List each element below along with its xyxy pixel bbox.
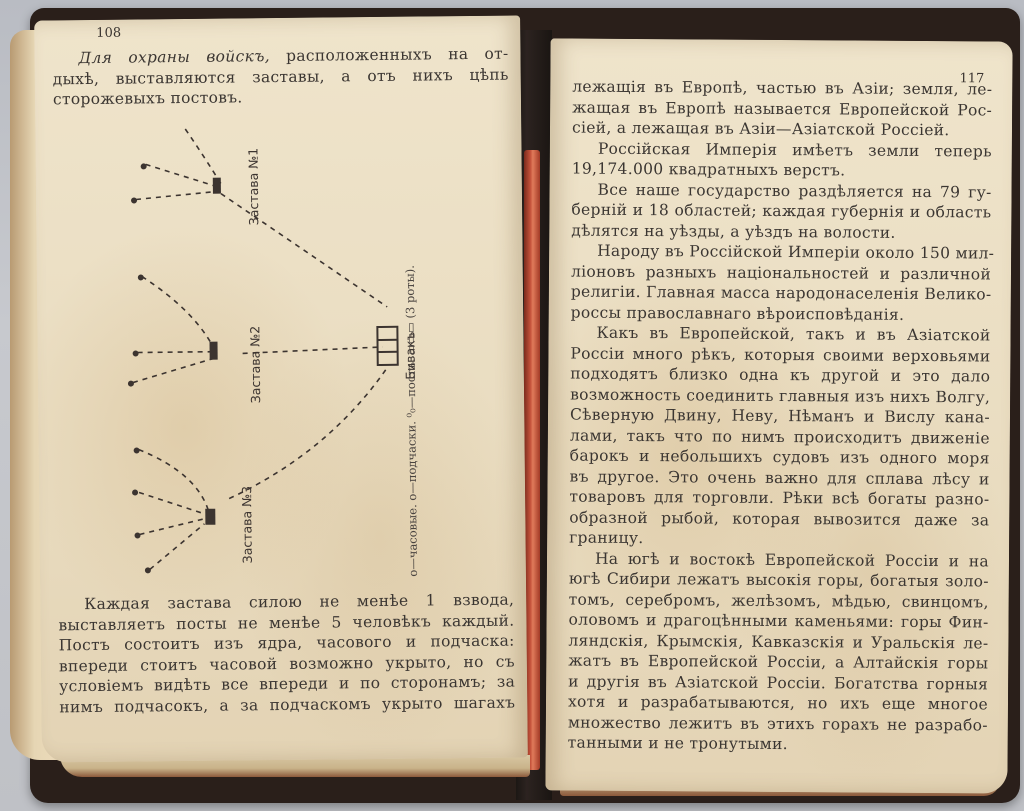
text-line: Все наше государство раздѣляется на 79 г… xyxy=(572,179,992,202)
text-line: Россіи много рѣкъ, которыя своими верхов… xyxy=(570,343,990,366)
diagram-legend: o—часовые. o—подчаски. ⁰₀—постъ. ▭▭▭ (3 … xyxy=(402,196,428,576)
text-line: танными и не тронутыми. xyxy=(568,733,988,756)
text-line: дѣлятся на уѣзды, а уѣздъ на волости. xyxy=(571,220,991,243)
right-page-text: лежащія въ Европѣ, частью въ Азіи; земля… xyxy=(568,77,993,756)
text-line: жащая въ Европѣ называется Европейской Р… xyxy=(572,97,992,120)
text-line: границу. xyxy=(569,528,989,551)
text-line: барокъ и небольшихъ судовъ изъ одного мо… xyxy=(570,446,990,469)
text-line: ліоновъ разныхъ національностей и различ… xyxy=(571,261,991,284)
text-line: берній и 18 областей; каждая губернія и … xyxy=(571,200,991,223)
text-line: ляндскія, Крымскія, Кавказскія и Уральск… xyxy=(568,630,988,653)
text-line: россы православнаго вѣроисповѣданія. xyxy=(571,302,991,325)
text-line: религіи. Главная масса народонаселенія В… xyxy=(571,282,991,305)
text-line: оловомъ и драгоцѣнными каменьями: горы Ф… xyxy=(569,610,989,633)
text-line: Народу въ Россійской Имперіи около 150 м… xyxy=(571,241,991,264)
text-line: множество лежитъ въ этихъ горахъ не разр… xyxy=(568,712,988,735)
text-line: жатъ въ Европейской Россіи, а Алтайскія … xyxy=(568,651,988,674)
text-line: и другія въ Азіатской Россіи. Богатства … xyxy=(568,671,988,694)
italic-lead: Для охраны войскъ, xyxy=(78,47,270,67)
right-page: 117 лежащія въ Европѣ, частью въ Азіи; з… xyxy=(545,38,1012,793)
text-line: лежащія въ Европѣ, частью въ Азіи; земля… xyxy=(572,77,992,100)
label-zastava-2: Застава №2 xyxy=(247,326,263,404)
text-line: сторожевыхъ постовъ. xyxy=(53,85,509,110)
text-line: возможность соединить главныя изъ нихъ В… xyxy=(570,384,990,407)
text-line: югѣ Сибири лежатъ высокія горы, богатыя … xyxy=(569,569,989,592)
body-paragraph: Каждая застава силою не менѣе 1 взвода, … xyxy=(58,590,515,718)
text-line: въ другое. Это очень важно для сплава лѣ… xyxy=(570,466,990,489)
page-number: 108 xyxy=(96,26,121,41)
text-line: нимъ подчасокъ, а за подчаскомъ укрыто ш… xyxy=(59,692,515,717)
intro-paragraph: Для охраны войскъ, расположенныхъ на от-… xyxy=(52,44,509,110)
text-line: Сѣверную Двину, Неву, Нѣманъ и Вислу кан… xyxy=(570,405,990,428)
label-zastava-3: Застава №3 xyxy=(239,486,255,564)
text-line: Россійская Имперія имѣетъ земли теперь xyxy=(572,138,992,161)
text-line: Какъ въ Европейской, такъ и въ Азіатской xyxy=(571,323,991,346)
text-line: подходятъ близко одна къ другой и это да… xyxy=(570,364,990,387)
text-line: товаровъ для торговли. Рѣки всѣ богаты р… xyxy=(569,487,989,510)
outpost-diagram: Застава №1 Застава №2 Застава №3 Бивакъ xyxy=(95,111,450,585)
left-page: 108 Для охраны войскъ, расположенныхъ на… xyxy=(34,15,528,762)
text-line: На югѣ и востокѣ Европейской Россіи и на xyxy=(569,548,989,571)
text-line: 19,174.000 квадратныхъ верстъ. xyxy=(572,159,992,182)
legend-text: o—часовые. o—подчаски. ⁰₀—постъ. ▭▭▭ (3 … xyxy=(402,197,420,577)
diagram-drawing xyxy=(95,111,450,585)
text-line: лами, такъ что по нимъ происходитъ движе… xyxy=(570,425,990,448)
text-line: томъ, серебромъ, желѣзомъ, мѣдью, свинцо… xyxy=(569,589,989,612)
text-line: образной рыбой, которая вывозится даже з… xyxy=(569,507,989,530)
text-line: хотя и разрабатываются, но ихъ еще много… xyxy=(568,692,988,715)
text-line: сіей, а лежащая въ Азіи—Азіатской Россіе… xyxy=(572,118,992,141)
label-zastava-1: Застава №1 xyxy=(245,148,261,226)
